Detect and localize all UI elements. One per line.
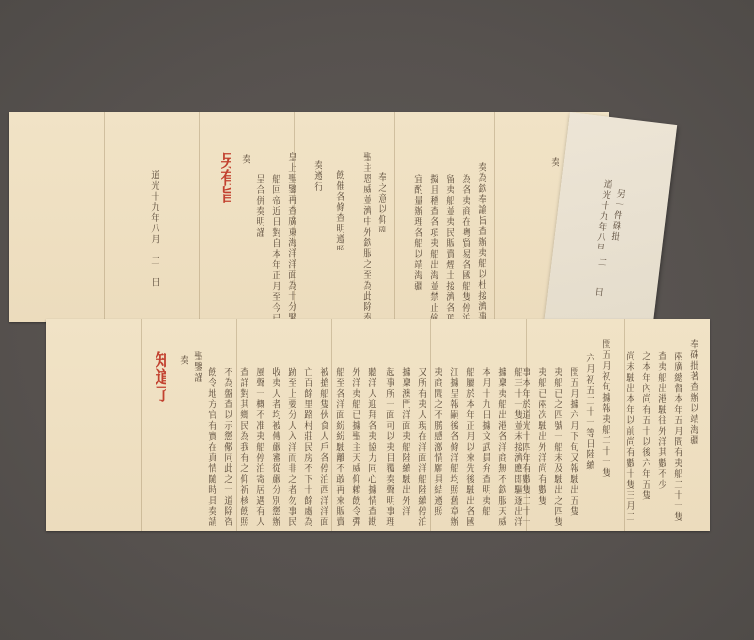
text-column: 閏五月據六月下旬又報駛出五隻 — [568, 367, 578, 527]
fold-line — [141, 319, 142, 531]
text-column: 尚未駛出本年以前尚有數十隻三月二十五日 — [624, 351, 634, 521]
text-column: 閏五月初旬據報夷船二十一隻 — [600, 339, 610, 499]
text-column: 留夷船並夷民販賣煙土接濟各項 — [444, 174, 454, 322]
top-memorial-document: 道光十九年八月 二 日 另有旨 奏 皇上聖鑒再查廣東海洋洋面為十分緊要 船回帝近… — [9, 112, 609, 322]
text-column: 六月初五二十一等日陸續 — [584, 353, 594, 503]
text-column: 收夷人者均被傳嚴審從嚴分別懲辦以儆 — [270, 367, 280, 527]
text-column: 聽洋人迎拜各夷協力同心據情查勘不支 — [366, 367, 376, 527]
fold-line — [430, 319, 431, 531]
text-column: 飭催各條查明遵照 — [334, 170, 344, 250]
text-column: 亡百餘里路村莊民房不下十餘處為數尤多 — [302, 367, 312, 527]
text-column: 又所有夷人現在洋面洋船陸續停泊 — [416, 367, 426, 527]
text-column: 奏遵行 — [312, 160, 322, 200]
text-column: 之本年內尚有五十以後六年五隻 — [640, 351, 650, 521]
bottom-memorial-document: 知道了 奏 聖鑒謹 聽洋人迎拜各夷協力同心據情查勘不支 外洋夷船已據聖主天威仰賴… — [46, 319, 710, 531]
fold-line — [494, 112, 495, 322]
text-column: 被搶船隻伙食人戶各停泊西洋洋面回國 — [318, 367, 328, 527]
text-column: 飭令地方官有實在真情隨時具奏請旨 — [206, 367, 216, 527]
text-column: 船屬於本年正月以來先後駛出各國 — [464, 367, 474, 527]
envelope-day-suffix: 日 — [591, 286, 603, 301]
small-label: 奏 — [178, 355, 188, 369]
fold-line — [331, 319, 332, 531]
text-column: 船至各洋面紛紛駛離不敢再來販賣 — [334, 367, 344, 527]
text-column: 事本年於道光十四年有數隻二十一隻 — [520, 367, 530, 527]
text-column: 奏為欽奉諭旨查辦夷船以杜接濟事竊 — [476, 162, 486, 322]
small-label: 奏 — [549, 157, 559, 171]
text-column: 江據呈報嗣後各條洋船均照舊章辦理 — [448, 367, 458, 527]
text-column: 不為盤查以示懲儆同此之一道除咨會兩江 — [222, 367, 232, 527]
text-column: 跡至上要分人入洋而非之者勿事民人寧靜 — [286, 367, 296, 527]
vermilion-rescript: 另有旨 — [221, 152, 231, 232]
text-column: 起事所一面可以夷目覆奏聲明事理 — [384, 367, 394, 527]
fold-line — [104, 112, 105, 322]
text-column: 奉硃批著查辦以靖海疆 — [688, 339, 698, 509]
text-column: 聖主恩威並濟中外欽服之至為此除奏請旨 — [361, 152, 371, 322]
text-column: 呈合併奏明謹 — [254, 174, 264, 254]
text-column: 為各夷商在粵貿易各國船隻停泊洋面 — [460, 174, 470, 322]
fold-line — [394, 112, 395, 322]
text-column: 本月十九日據文武員弁查明夷船 — [480, 367, 490, 527]
text-column: 查詳對其鄉民為我有之仰祈核飭照辦 — [238, 367, 248, 527]
text-column: 夷商聞之不勝感激情願具結遵照 — [432, 367, 442, 527]
header-line: 聖鑒謹 — [192, 351, 202, 391]
text-column: 宜酌量辦理各船以靖海疆 — [412, 174, 422, 322]
text-column: 船回帝近日對自本年正月至今已逾二十五 — [270, 174, 280, 322]
envelope-side-note: 另一件硃批 — [608, 188, 625, 249]
text-column: 外洋夷船已據聖主天威仰賴飭令彈壓 — [350, 367, 360, 527]
fold-line — [199, 112, 200, 322]
text-column: 擬且稽查各項夷船出海並禁止偷漏 — [428, 174, 438, 322]
text-column: 查夷船出港駛往外洋其數不少 — [656, 351, 666, 521]
text-column: 風聲一概不准夷船停泊寄居遇有人犯 — [254, 367, 264, 527]
text-column: 據稟澳門洋面夷船陸續駛出外洋 — [400, 367, 410, 527]
vermilion-rescript: 知道了 — [156, 351, 166, 421]
small-label: 奏 — [240, 154, 250, 168]
text-column: 據稟夷船出港各洋商無不欽服天威 — [496, 367, 506, 527]
date-line: 道光十九年八月 二 日 — [149, 170, 159, 310]
envelope-day: 二 — [595, 256, 607, 271]
text-column: 奉之意以仰副 — [376, 172, 386, 232]
text-column: 夷船已兩次駛出外洋尚有數隻 — [536, 367, 546, 527]
text-column: 夷船已之四號一船未及駛出之四隻 — [552, 367, 562, 527]
fold-line — [236, 319, 237, 531]
text-column: 兩廣總督本年五月間有夷船二十一隻 — [672, 351, 682, 521]
text-column: 皇上聖鑒再查廣東海洋洋面為十分緊要 — [286, 152, 296, 322]
